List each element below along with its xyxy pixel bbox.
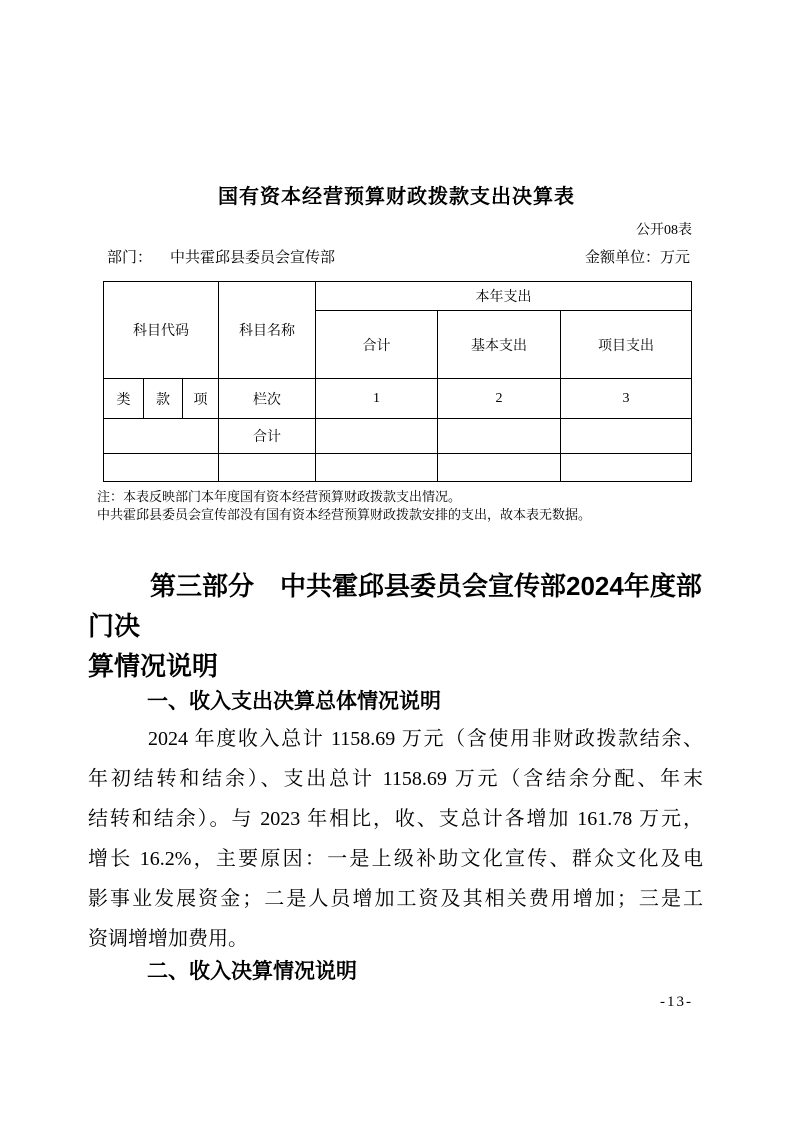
table-notes: 注：本表反映部门本年度国有资本经营预算财政拨款支出情况。 中共霍邱县委员会宣传部… (97, 488, 703, 523)
table-note-line: 中共霍邱县委员会宣传部没有国有资本经营预算财政拨款安排的支出，故本表无数据。 (97, 506, 703, 524)
row-total-cell (316, 419, 438, 454)
header-current-year-expenditure: 本年支出 (316, 282, 692, 311)
table-column-index-row: 类 款 项 栏次 1 2 3 (104, 379, 692, 419)
department-name: 中共霍邱县委员会宣传部 (170, 250, 335, 266)
table-row: 合计 (104, 419, 692, 454)
body-line: 影事业发展资金；二是人员增加工资及其相关费用增加；三是工 (88, 879, 703, 919)
row-name-cell: 合计 (219, 419, 316, 454)
row-code-cell (104, 454, 219, 482)
table-code-label: 公开08表 (636, 222, 692, 240)
column-index-3: 3 (561, 379, 692, 419)
body-line: 资调增增加费用。 (88, 919, 703, 959)
document-page: 国有资本经营预算财政拨款支出决算表 公开08表 部门：中共霍邱县委员会宣传部 金… (0, 0, 793, 1122)
header-item: 款 (144, 379, 183, 419)
table-header-row-1: 科目代码 科目名称 本年支出 (104, 282, 692, 311)
header-subitem: 项 (183, 379, 219, 419)
row-total-cell (316, 454, 438, 482)
row-basic-cell (438, 454, 561, 482)
row-name-cell (219, 454, 316, 482)
part3-heading: 第三部分 中共霍邱县委员会宣传部2024年度部门决 算情况说明 (88, 566, 703, 686)
header-column-label: 栏次 (219, 379, 316, 419)
body-line: 2024 年度收入总计 1158.69 万元（含使用非财政拨款结余、 (88, 719, 703, 759)
row-project-cell (561, 419, 692, 454)
table-note-line: 注：本表反映部门本年度国有资本经营预算财政拨款支出情况。 (97, 488, 703, 506)
header-subject-code: 科目代码 (104, 282, 219, 379)
page-number: -13- (660, 993, 693, 1011)
header-subject-name: 科目名称 (219, 282, 316, 379)
header-project-expenditure: 项目支出 (561, 311, 692, 379)
header-total: 合计 (316, 311, 438, 379)
table-row (104, 454, 692, 482)
part3-heading-line2: 算情况说明 (88, 646, 703, 686)
department-line: 部门：中共霍邱县委员会宣传部 (107, 248, 335, 268)
section2-heading: 二、收入决算情况说明 (88, 955, 703, 989)
row-project-cell (561, 454, 692, 482)
amount-unit-label: 金额单位：万元 (585, 248, 690, 268)
body-line: 年初结转和结余）、支出总计 1158.69 万元（含结余分配、年末 (88, 759, 703, 799)
column-index-2: 2 (438, 379, 561, 419)
body-line: 结转和结余）。与 2023 年相比，收、支总计各增加 161.78 万元， (88, 799, 703, 839)
section1-heading: 一、收入支出决算总体情况说明 (88, 685, 703, 719)
column-index-1: 1 (316, 379, 438, 419)
section1-paragraph: 2024 年度收入总计 1158.69 万元（含使用非财政拨款结余、 年初结转和… (88, 719, 703, 959)
department-label: 部门： (107, 250, 152, 266)
body-line: 增长 16.2%，主要原因：一是上级补助文化宣传、群众文化及电 (88, 839, 703, 879)
table-meta-row: 部门：中共霍邱县委员会宣传部 金额单位：万元 (107, 248, 690, 268)
row-code-cell (104, 419, 219, 454)
expenditure-table: 科目代码 科目名称 本年支出 合计 基本支出 项目支出 类 款 项 栏次 1 2… (103, 281, 692, 482)
part3-heading-line1: 第三部分 中共霍邱县委员会宣传部2024年度部门决 (88, 566, 703, 646)
row-basic-cell (438, 419, 561, 454)
document-title: 国有资本经营预算财政拨款支出决算表 (0, 184, 793, 210)
header-basic-expenditure: 基本支出 (438, 311, 561, 379)
header-category: 类 (104, 379, 144, 419)
